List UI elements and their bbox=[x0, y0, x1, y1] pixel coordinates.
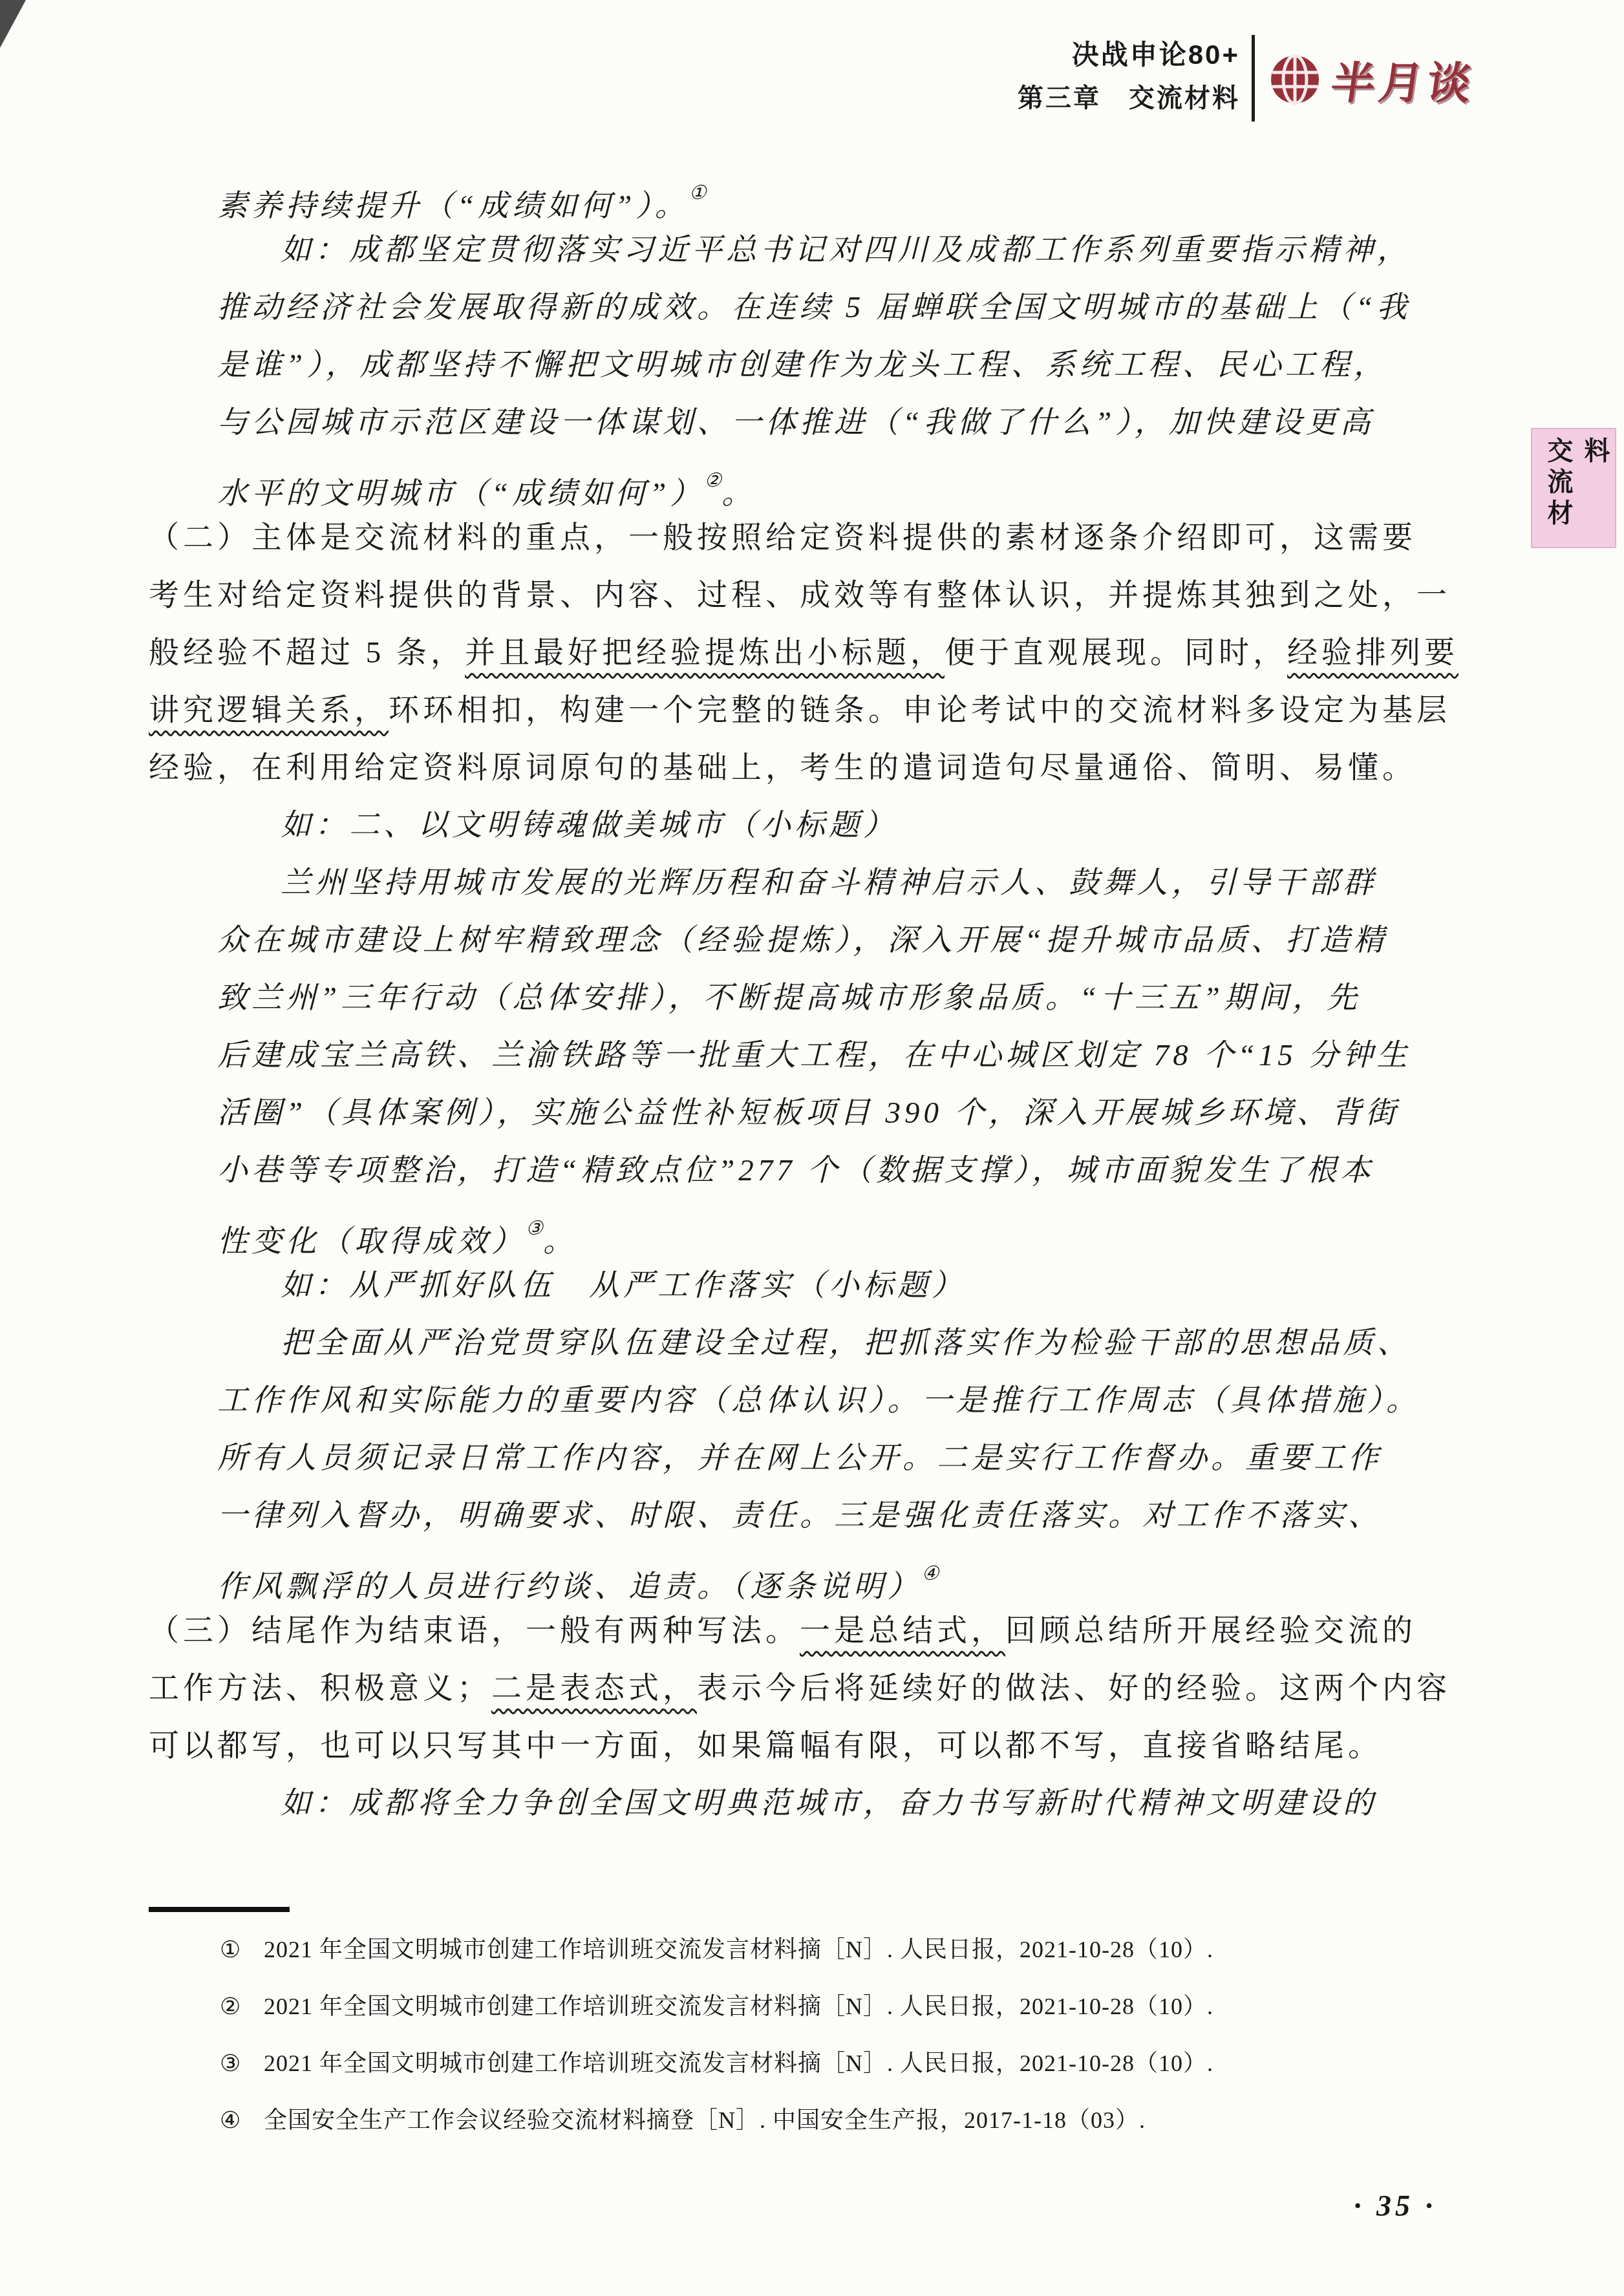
footnote-ref: ① bbox=[689, 182, 707, 204]
brand-logo: 半月谈 bbox=[1268, 39, 1475, 120]
text-line: 如：成都将全力争创全国文明典范城市，奋力书写新时代精神文明建设的 bbox=[281, 1775, 1624, 1833]
wavy-underlined-text: 二是表态式， bbox=[491, 1672, 697, 1705]
text-line: 活圈”（具体案例），实施公益性补短板项目 390 个，深入开展城乡环境、背街 bbox=[217, 1085, 1624, 1142]
text-segment: 便于直观展现。同时， bbox=[945, 636, 1287, 670]
text-segment: 活圈”（具体案例），实施公益性补短板项目 390 个，深入开展城乡环境、背街 bbox=[217, 1096, 1400, 1130]
header-chapter-title: 第三章 交流材料 bbox=[1018, 78, 1240, 114]
text-segment: 。 bbox=[721, 477, 756, 511]
footnote-text: 全国安全生产工作会议经验交流材料摘登［N］. 中国安全生产报，2017-1-18… bbox=[264, 2107, 1146, 2133]
text-line: （三）结尾作为结束语，一般有两种写法。一是总结式，回顾总结所开展经验交流的 bbox=[149, 1602, 1624, 1660]
footnote-item: ③2021 年全国文明城市创建工作培训班交流发言材料摘［N］. 人民日报，202… bbox=[220, 2035, 1624, 2092]
text-segment: 回顾总结所开展经验交流的 bbox=[1005, 1614, 1416, 1648]
text-line: 一律列入督办，明确要求、时限、责任。三是强化责任落实。对工作不落实、 bbox=[217, 1487, 1624, 1545]
text-segment: 如：成都将全力争创全国文明典范城市，奋力书写新时代精神文明建设的 bbox=[281, 1787, 1377, 1820]
text-line: 般经验不超过 5 条，并且最好把经验提炼出小标题，便于直观展现。同时，经验排列要 bbox=[149, 624, 1624, 682]
text-line: 讲究逻辑关系，环环相扣，构建一个完整的链条。申论考试中的交流材料多设定为基层 bbox=[149, 682, 1624, 739]
text-segment: 后建成宝兰高铁、兰渝铁路等一批重大工程，在中心城区划定 78 个“15 分钟生 bbox=[217, 1039, 1411, 1072]
text-segment: 一律列入督办，明确要求、时限、责任。三是强化责任落实。对工作不落实、 bbox=[217, 1499, 1382, 1533]
footnote-marker: ③ bbox=[220, 2035, 250, 2092]
footnote-marker: ④ bbox=[220, 2092, 250, 2149]
text-segment: 把全面从严治党贯穿队伍建设全过程，把抓落实作为检验干部的思想品质、 bbox=[281, 1326, 1411, 1360]
text-segment: 小巷等专项整治，打造“精致点位”277 个（数据支撑），城市面貌发生了根本 bbox=[217, 1154, 1374, 1187]
wavy-underlined-text: 经验排列要 bbox=[1287, 636, 1458, 670]
text-segment: 致兰州”三年行动（总体安排），不断提高城市形象品质。“十三五”期间，先 bbox=[217, 981, 1361, 1015]
footnote-item: ①2021 年全国文明城市创建工作培训班交流发言材料摘［N］. 人民日报，202… bbox=[220, 1921, 1624, 1978]
wavy-underlined-text: 并且最好把经验提炼出小标题， bbox=[465, 636, 945, 670]
text-segment: 兰州坚持用城市发展的光辉历程和奋斗精神启示人、鼓舞人，引导干部群 bbox=[281, 866, 1377, 900]
footnote-marker: ① bbox=[220, 1921, 250, 1978]
text-segment: 表示今后将延续好的做法、好的经验。这两个内容 bbox=[697, 1672, 1451, 1705]
footnote-text: 2021 年全国文明城市创建工作培训班交流发言材料摘［N］. 人民日报，2021… bbox=[264, 2050, 1213, 2076]
footnotes: ①2021 年全国文明城市创建工作培训班交流发言材料摘［N］. 人民日报，202… bbox=[0, 1921, 1624, 2149]
text-segment: 推动经济社会发展取得新的成效。在连续 5 届蝉联全国文明城市的基础上（“我 bbox=[217, 291, 1411, 324]
text-line: 如：从严抓好队伍 从严工作落实（小标题） bbox=[281, 1257, 1624, 1315]
text-line: 推动经济社会发展取得新的成效。在连续 5 届蝉联全国文明城市的基础上（“我 bbox=[217, 279, 1624, 337]
footnote-ref: ④ bbox=[922, 1563, 939, 1584]
text-segment: 工作作风和实际能力的重要内容（总体认识）。一是推行工作周志（具体措施）。 bbox=[217, 1384, 1420, 1418]
text-segment: 般经验不超过 5 条， bbox=[149, 636, 465, 670]
brand-wordmark: 半月谈 bbox=[1327, 48, 1480, 111]
text-segment: 所有人员须记录日常工作内容，并在网上公开。二是实行工作督办。重要工作 bbox=[217, 1441, 1382, 1475]
text-line: 工作方法、积极意义；二是表态式，表示今后将延续好的做法、好的经验。这两个内容 bbox=[149, 1660, 1624, 1717]
text-segment: 是谁”），成都坚持不懈把文明城市创建作为龙头工程、系统工程、民心工程， bbox=[217, 348, 1388, 382]
wavy-underlined-text: 讲究逻辑关系， bbox=[149, 694, 389, 727]
header-book-title: 决战申论80+ bbox=[1072, 34, 1240, 72]
footnote-item: ②2021 年全国文明城市创建工作培训班交流发言材料摘［N］. 人民日报，202… bbox=[220, 1978, 1624, 2035]
footnote-ref: ③ bbox=[526, 1218, 543, 1239]
text-segment: 如：成都坚定贯彻落实习近平总书记对四川及成都工作系列重要指示精神， bbox=[281, 233, 1411, 267]
text-line: 如：二、以文明铸魂做美城市（小标题） bbox=[281, 797, 1624, 855]
footnote-item: ④全国安全生产工作会议经验交流材料摘登［N］. 中国安全生产报，2017-1-1… bbox=[220, 2092, 1624, 2149]
footnote-ref: ② bbox=[704, 470, 721, 491]
text-segment: 。 bbox=[543, 1225, 577, 1259]
text-line: 与公园城市示范区建设一体谋划、一体推进（“我做了什么”），加快建设更高 bbox=[217, 394, 1624, 452]
text-line: 众在城市建设上树牢精致理念（经验提炼），深入开展“提升城市品质、打造精 bbox=[217, 912, 1624, 970]
text-segment: 如：二、以文明铸魂做美城市（小标题） bbox=[281, 809, 897, 842]
text-line: 考生对给定资料提供的背景、内容、过程、成效等有整体认识，并提炼其独到之处，一 bbox=[149, 567, 1624, 624]
footnote-separator bbox=[149, 1907, 290, 1912]
text-line: 如：成都坚定贯彻落实习近平总书记对四川及成都工作系列重要指示精神， bbox=[281, 222, 1624, 279]
text-segment: 考生对给定资料提供的背景、内容、过程、成效等有整体认识，并提炼其独到之处，一 bbox=[149, 579, 1451, 612]
text-line: 小巷等专项整治，打造“精致点位”277 个（数据支撑），城市面貌发生了根本 bbox=[217, 1142, 1624, 1200]
globe-icon bbox=[1268, 53, 1321, 106]
footnote-text: 2021 年全国文明城市创建工作培训班交流发言材料摘［N］. 人民日报，2021… bbox=[264, 1993, 1213, 2019]
text-line: 后建成宝兰高铁、兰渝铁路等一批重大工程，在中心城区划定 78 个“15 分钟生 bbox=[217, 1027, 1624, 1085]
text-line: 经验，在利用给定资料原词原句的基础上，考生的遣词造句尽量通俗、简明、易懂。 bbox=[149, 739, 1624, 797]
text-line: 是谁”），成都坚持不懈把文明城市创建作为龙头工程、系统工程、民心工程， bbox=[217, 337, 1624, 394]
text-line: 把全面从严治党贯穿队伍建设全过程，把抓落实作为检验干部的思想品质、 bbox=[281, 1315, 1624, 1372]
header-divider bbox=[1252, 35, 1255, 122]
text-line: （二）主体是交流材料的重点，一般按照给定资料提供的素材逐条介绍即可，这需要 bbox=[149, 509, 1624, 567]
text-segment: 作风飘浮的人员进行约谈、追责。（逐条说明） bbox=[217, 1570, 922, 1604]
scan-corner-blemish bbox=[0, 0, 26, 48]
text-segment: 工作方法、积极意义； bbox=[149, 1672, 491, 1705]
text-line: 性变化（取得成效）③。 bbox=[217, 1200, 1624, 1257]
text-line: 素养持续提升（“成绩如何”）。① bbox=[217, 164, 1624, 222]
body-text: 素养持续提升（“成绩如何”）。①如：成都坚定贯彻落实习近平总书记对四川及成都工作… bbox=[0, 164, 1624, 1833]
text-segment: 众在城市建设上树牢精致理念（经验提炼），深入开展“提升城市品质、打造精 bbox=[217, 924, 1388, 957]
text-segment: 水平的文明城市（“成绩如何”） bbox=[217, 477, 704, 511]
text-segment: 性变化（取得成效） bbox=[217, 1225, 526, 1259]
text-segment: 可以都写，也可以只写其中一方面，如果篇幅有限，可以都不写，直接省略结尾。 bbox=[149, 1729, 1382, 1763]
text-segment: （二）主体是交流材料的重点，一般按照给定资料提供的素材逐条介绍即可，这需要 bbox=[149, 521, 1416, 555]
footnote-text: 2021 年全国文明城市创建工作培训班交流发言材料摘［N］. 人民日报，2021… bbox=[264, 1937, 1213, 1962]
wavy-underlined-text: 一是总结式， bbox=[800, 1614, 1005, 1648]
book-page: 决战申论80+ 第三章 交流材料 半月谈 交流材料 素养持续提升（“成绩如何”）… bbox=[0, 0, 1624, 2296]
text-segment: 素养持续提升（“成绩如何”）。 bbox=[217, 189, 689, 223]
text-line: 水平的文明城市（“成绩如何”）②。 bbox=[217, 452, 1624, 509]
text-line: 工作作风和实际能力的重要内容（总体认识）。一是推行工作周志（具体措施）。 bbox=[217, 1372, 1624, 1430]
footnote-marker: ② bbox=[220, 1978, 250, 2035]
text-line: 所有人员须记录日常工作内容，并在网上公开。二是实行工作督办。重要工作 bbox=[217, 1430, 1624, 1487]
text-segment: 经验，在利用给定资料原词原句的基础上，考生的遣词造句尽量通俗、简明、易懂。 bbox=[149, 751, 1416, 785]
text-segment: 如：从严抓好队伍 从严工作落实（小标题） bbox=[281, 1269, 966, 1302]
text-line: 致兰州”三年行动（总体安排），不断提高城市形象品质。“十三五”期间，先 bbox=[217, 970, 1624, 1027]
text-line: 作风飘浮的人员进行约谈、追责。（逐条说明）④ bbox=[217, 1545, 1624, 1602]
text-segment: 与公园城市示范区建设一体谋划、一体推进（“我做了什么”），加快建设更高 bbox=[217, 406, 1374, 440]
text-segment: （三）结尾作为结束语，一般有两种写法。 bbox=[149, 1614, 800, 1648]
page-number: · 35 · bbox=[1354, 2189, 1437, 2223]
text-line: 可以都写，也可以只写其中一方面，如果篇幅有限，可以都不写，直接省略结尾。 bbox=[149, 1717, 1624, 1775]
text-segment: 环环相扣，构建一个完整的链条。申论考试中的交流材料多设定为基层 bbox=[389, 694, 1451, 727]
text-line: 兰州坚持用城市发展的光辉历程和奋斗精神启示人、鼓舞人，引导干部群 bbox=[281, 855, 1624, 912]
